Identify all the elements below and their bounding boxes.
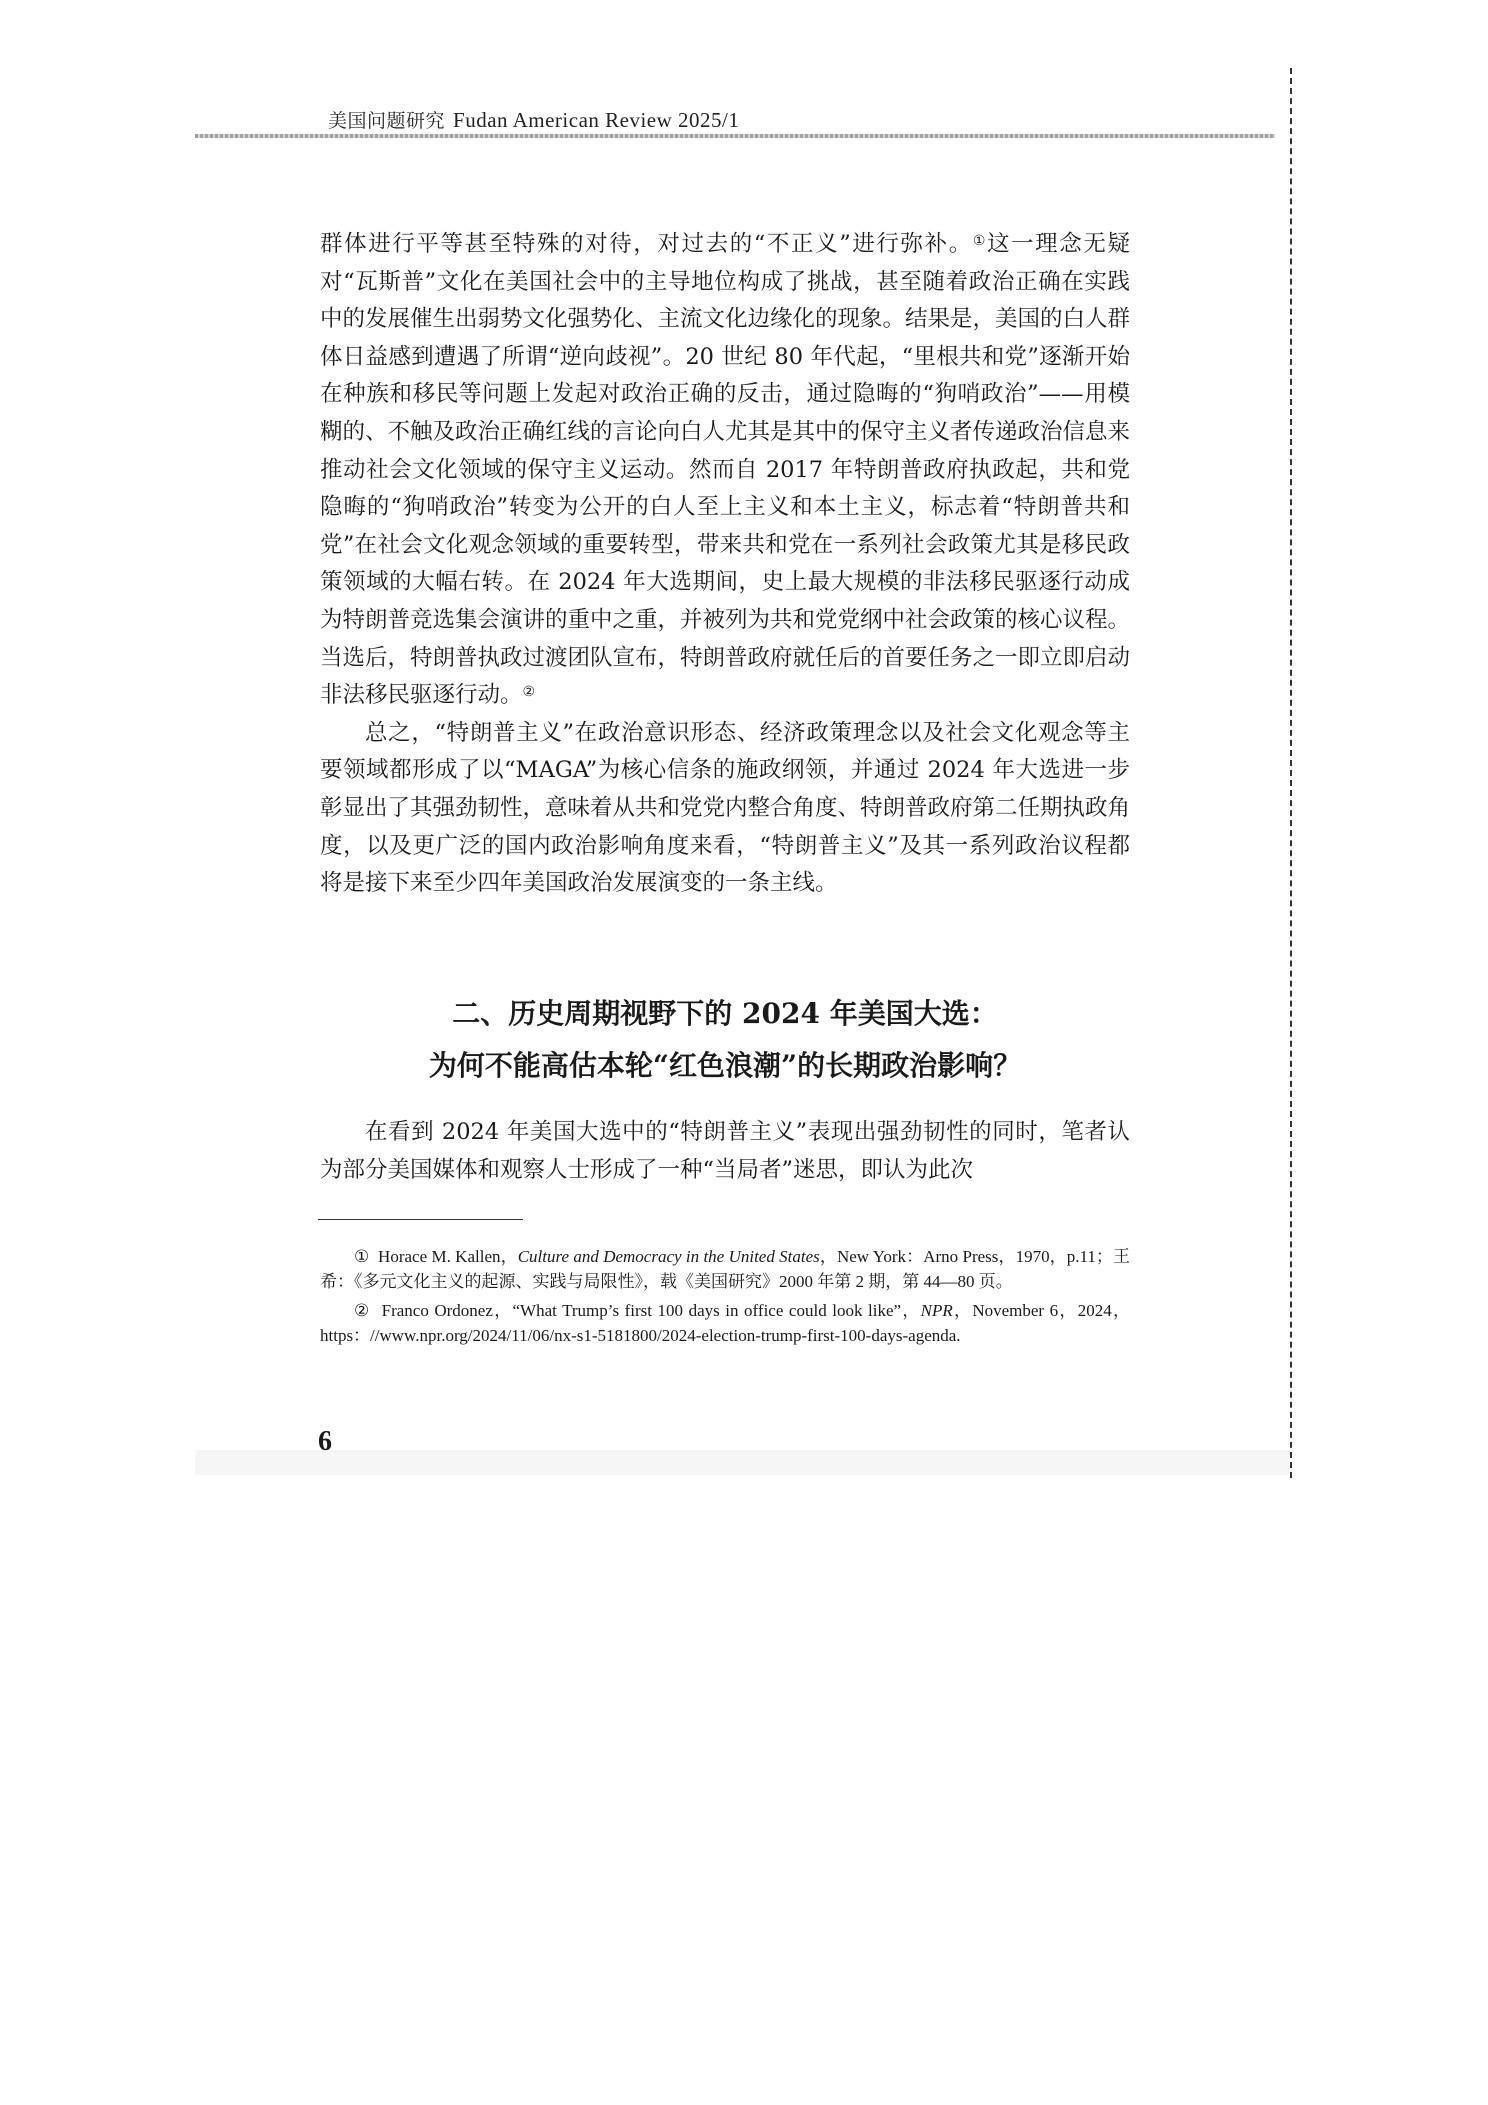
journal-title-cn: 美国问题研究 [328,110,445,132]
footnotes: ① Horace M. Kallen，Culture and Democracy… [320,1244,1130,1352]
paragraph-2: 总之，“特朗普主义”在政治意识形态、经济政策理念以及社会文化观念等主要领域都形成… [320,715,1130,903]
section-heading: 二、历史周期视野下的 2024 年美国大选： 为何不能高估本轮“红色浪潮”的长期… [320,988,1130,1092]
body-text: 群体进行平等甚至特殊的对待，对过去的“不正义”进行弥补。①这一理念无疑对“瓦斯普… [320,226,1130,903]
section-intro: 在看到 2024 年美国大选中的“特朗普主义”表现出强劲韧性的同时，笔者认为部分… [320,1114,1130,1189]
scan-shadow-band [195,1450,1290,1475]
footnote-1: ① Horace M. Kallen，Culture and Democracy… [320,1244,1130,1294]
footnote-ref-1[interactable]: ① [973,233,987,249]
running-head: 美国问题研究Fudan American Review 2025/1 [328,106,739,133]
document-page: 美国问题研究Fudan American Review 2025/1 群体进行平… [0,0,1488,2105]
footnote-separator [318,1219,523,1220]
paragraph-1: 群体进行平等甚至特殊的对待，对过去的“不正义”进行弥补。①这一理念无疑对“瓦斯普… [320,226,1130,715]
page-number: 6 [318,1426,332,1458]
section-intro-paragraph: 在看到 2024 年美国大选中的“特朗普主义”表现出强劲韧性的同时，笔者认为部分… [320,1114,1130,1189]
section-heading-line-2: 为何不能高估本轮“红色浪潮”的长期政治影响？ [320,1040,1130,1092]
journal-title-en: Fudan American Review 2025/1 [453,108,739,132]
footnote-ref-2[interactable]: ② [523,684,536,700]
footnote-2: ② Franco Ordonez，“What Trump’s first 100… [320,1298,1130,1348]
section-heading-line-1: 二、历史周期视野下的 2024 年美国大选： [320,988,1130,1040]
header-rule [195,134,1275,138]
page-edge-dotted-line [1290,68,1292,1478]
